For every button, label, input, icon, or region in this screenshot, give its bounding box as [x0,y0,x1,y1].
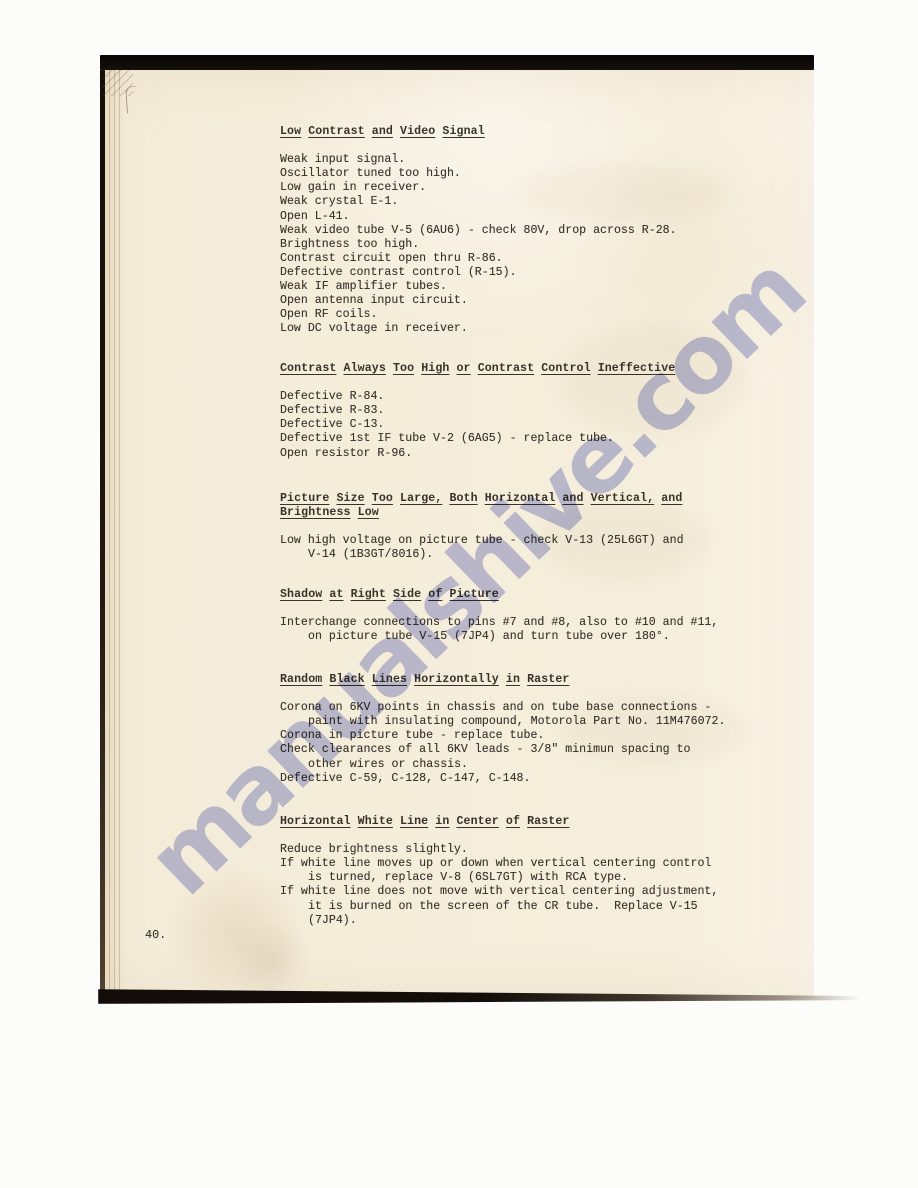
body-line: Check clearances of all 6KV leads - 3/8"… [280,743,725,757]
body-line: paint with insulating compound, Motorola… [280,715,725,729]
heading-word: Right [351,588,386,601]
heading-word: Too [372,492,393,505]
section-heading: Horizontal White Line in Center of Raste… [280,815,718,829]
section-lines: Weak input signal.Oscillator tuned too h… [280,153,677,336]
heading-word: or [457,362,471,375]
section-heading: Low Contrast and Video Signal [280,125,677,139]
body-line: Contrast circuit open thru R-86. [280,252,677,266]
heading-word: Brightness [280,506,351,519]
section-heading: Picture Size Too Large, Both Horizontal … [280,492,684,520]
body-line: Defective R-83. [280,404,675,418]
body-line: V-14 (1B3GT/8016). [280,548,684,562]
heading-word: of [428,588,442,601]
body-line: Oscillator tuned too high. [280,167,677,181]
heading-word: Size [336,492,364,505]
heading-word: Large, [400,492,442,505]
heading-word: Signal [442,125,484,138]
body-line: on picture tube V-15 (7JP4) and turn tub… [280,630,718,644]
heading-word: High [421,362,449,375]
page-number: 40. [145,928,166,942]
section-heading: Random Black Lines Horizontally in Raste… [280,673,725,687]
heading-word: Shadow [280,588,322,601]
heading-word: Contrast [280,362,336,375]
body-line: Open antenna input circuit. [280,294,677,308]
body-line: If white line does not move with vertica… [280,885,718,899]
heading-word: Horizontally [414,673,499,686]
heading-word: White [358,815,393,828]
body-line: it is burned on the screen of the CR tub… [280,900,718,914]
body-line: Low DC voltage in receiver. [280,322,677,336]
body-line: Low high voltage on picture tube - check… [280,534,684,548]
body-line: Open resistor R-96. [280,447,675,461]
body-line: Corona in picture tube - replace tube. [280,729,725,743]
heading-word: Vertical, [591,492,655,505]
body-line: Reduce brightness slightly. [280,843,718,857]
section-lines: Corona on 6KV points in chassis and on t… [280,701,725,786]
heading-word: Low [280,125,301,138]
body-line: Weak crystal E-1. [280,195,677,209]
heading-word: Contrast [308,125,364,138]
body-line: other wires or chassis. [280,758,725,772]
heading-word: Low [358,506,379,519]
section-low-contrast-and-video-signal: Low Contrast and Video Signal Weak input… [280,125,677,336]
heading-word: Ineffective [598,362,676,375]
body-line: Brightness too high. [280,238,677,252]
section-horizontal-white-line: Horizontal White Line in Center of Raste… [280,815,718,928]
body-line: Defective 1st IF tube V-2 (6AG5) - repla… [280,432,675,446]
heading-word: in [506,673,520,686]
section-shadow-at-right-side: Shadow at Right Side of Picture Intercha… [280,588,718,644]
section-heading-line: Brightness Low [280,506,684,520]
body-line: Defective C-59, C-128, C-147, C-148. [280,772,725,786]
heading-word: Video [400,125,435,138]
body-line: Open RF coils. [280,308,677,322]
heading-word: and [562,492,583,505]
body-line: Interchange connections to pins #7 and #… [280,616,718,630]
section-random-black-lines: Random Black Lines Horizontally in Raste… [280,673,725,786]
section-lines: Low high voltage on picture tube - check… [280,534,684,562]
heading-word: Black [329,673,364,686]
heading-word: Too [393,362,414,375]
body-line: Low gain in receiver. [280,181,677,195]
heading-word: Center [456,815,498,828]
section-contrast-always-too-high: Contrast Always Too High or Contrast Con… [280,362,675,461]
body-line: Weak input signal. [280,153,677,167]
body-line: Defective R-84. [280,390,675,404]
section-heading-line: Random Black Lines Horizontally in Raste… [280,673,725,687]
heading-word: Picture [449,588,498,601]
body-line: Weak video tube V-5 (6AU6) - check 80V, … [280,224,677,238]
heading-word: Control [541,362,590,375]
body-line: Defective C-13. [280,418,675,432]
heading-word: Contrast [478,362,534,375]
section-lines: Reduce brightness slightly.If white line… [280,843,718,928]
body-line: Open L-41. [280,210,677,224]
body-line: Corona on 6KV points in chassis and on t… [280,701,725,715]
heading-word: in [435,815,449,828]
heading-word: Always [344,362,386,375]
heading-word: at [329,588,343,601]
manual-page: Low Contrast and Video Signal Weak input… [100,70,814,998]
book-top-edge [100,55,814,70]
body-line: (7JP4). [280,914,718,928]
heading-word: Lines [372,673,407,686]
body-line: Weak IF amplifier tubes. [280,280,677,294]
heading-word: Horizontal [280,815,351,828]
section-heading-line: Picture Size Too Large, Both Horizontal … [280,492,684,506]
heading-word: Raster [527,815,569,828]
scanned-book-photo: Low Contrast and Video Signal Weak input… [0,0,918,1188]
section-heading-line: Low Contrast and Video Signal [280,125,677,139]
heading-word: of [506,815,520,828]
body-line: Defective contrast control (R-15). [280,266,677,280]
heading-word: Horizontal [485,492,556,505]
heading-word: and [372,125,393,138]
section-heading-line: Shadow at Right Side of Picture [280,588,718,602]
heading-word: Line [400,815,428,828]
body-line: is turned, replace V-8 (6SL7GT) with RCA… [280,871,718,885]
heading-word: Raster [527,673,569,686]
heading-word: Both [449,492,477,505]
heading-word: Picture [280,492,329,505]
section-heading-line: Horizontal White Line in Center of Raste… [280,815,718,829]
section-lines: Interchange connections to pins #7 and #… [280,616,718,644]
section-heading: Contrast Always Too High or Contrast Con… [280,362,675,376]
typed-content: Low Contrast and Video Signal Weak input… [100,70,814,998]
heading-word: and [661,492,682,505]
heading-word: Side [393,588,421,601]
section-heading: Shadow at Right Side of Picture [280,588,718,602]
section-heading-line: Contrast Always Too High or Contrast Con… [280,362,675,376]
heading-word: Random [280,673,322,686]
body-line: If white line moves up or down when vert… [280,857,718,871]
section-picture-size-too-large: Picture Size Too Large, Both Horizontal … [280,492,684,562]
section-lines: Defective R-84.Defective R-83.Defective … [280,390,675,460]
